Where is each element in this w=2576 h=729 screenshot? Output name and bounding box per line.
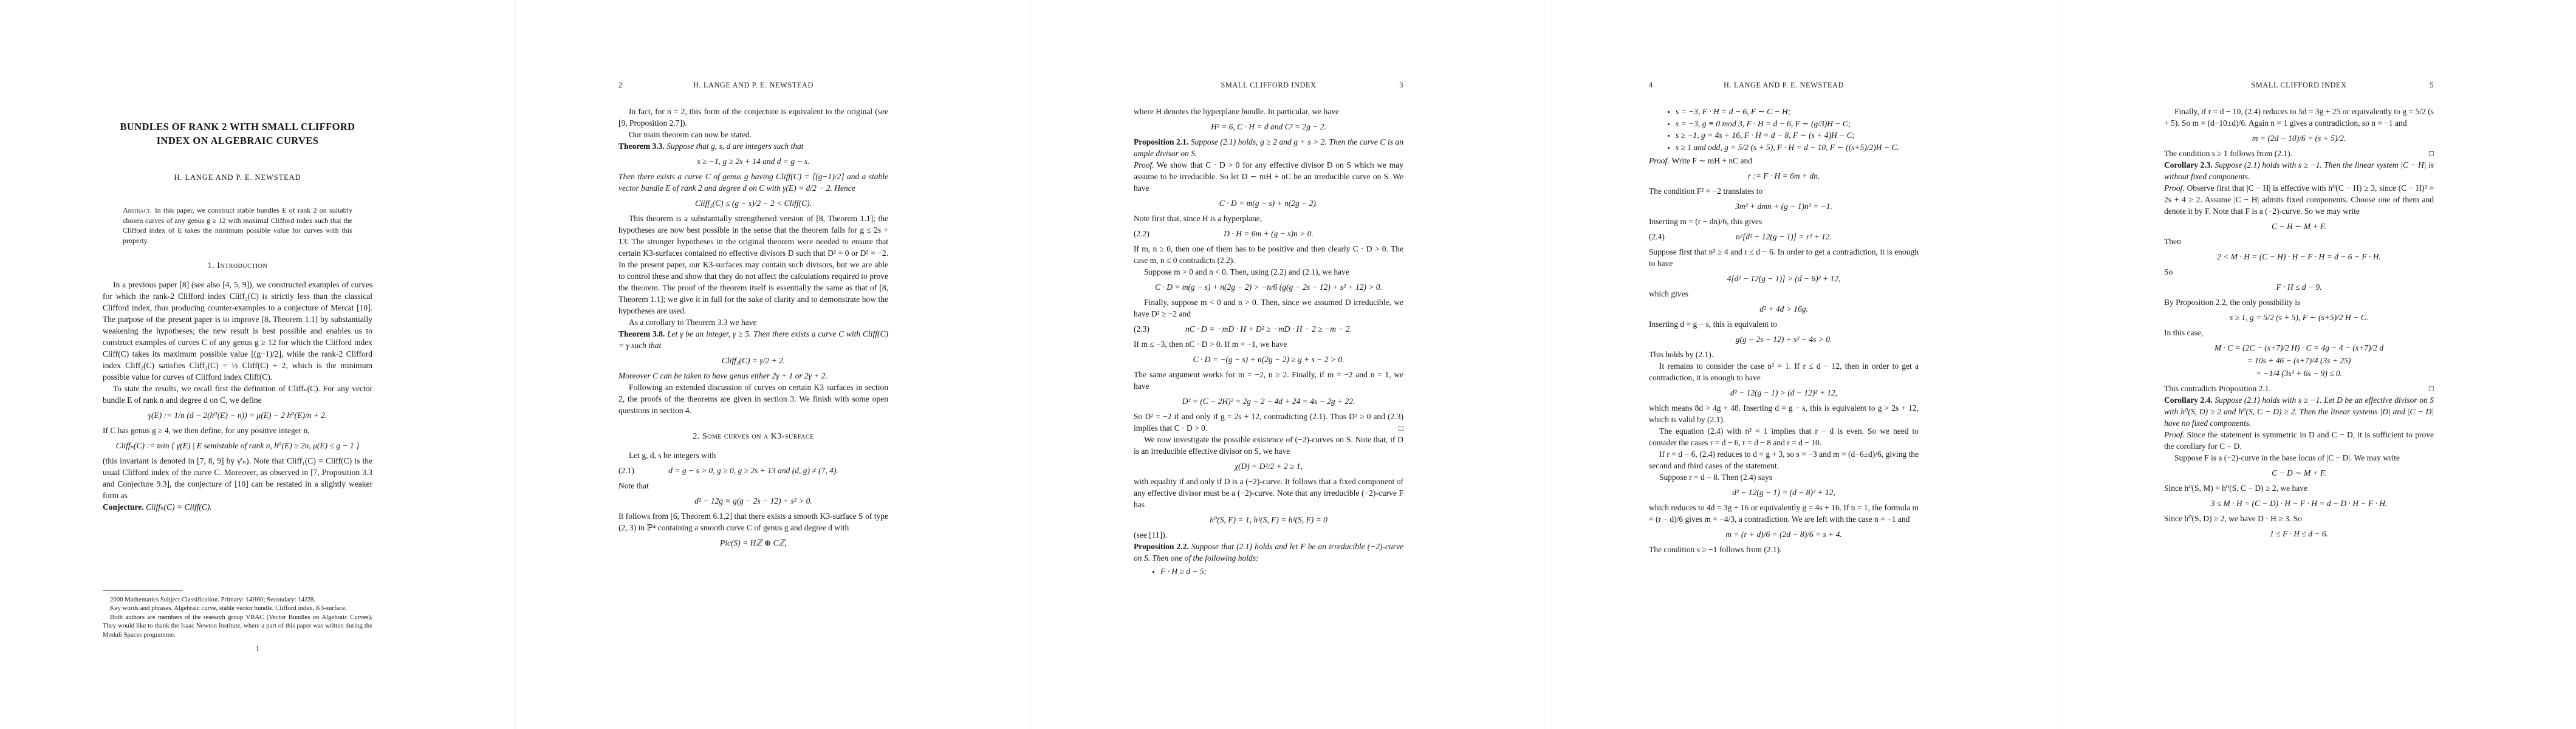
equation-text: C · D = −(g − s) + n(2g − 2) ≥ g + s − 2… — [1193, 355, 1344, 364]
equation-text: d² − 12(g − 1) > (d − 12)² + 12, — [1730, 388, 1837, 397]
equation-number: (2.1) — [618, 464, 634, 477]
paragraph-text: This holds by (2.1). — [1649, 350, 1713, 359]
display-equation: d² − 12(g − 1) = (d − 8)² + 12, — [1649, 486, 1919, 499]
theorem-label: Proposition 2.1. — [1134, 137, 1191, 146]
running-title: SMALL CLIFFORD INDEX — [1158, 81, 1379, 90]
display-equation: d² + 4d > 16g. — [1649, 303, 1919, 315]
display-equation: (2.4)n²[d² − 12(g − 1)] = r² + 12. — [1649, 230, 1919, 243]
proof-label: Proof. — [1649, 156, 1670, 165]
paragraph-text: The condition s ≥ 1 follows from (2.1). — [2164, 149, 2292, 158]
paragraph: In fact, for n = 2, this form of the con… — [618, 106, 888, 129]
display-equation: C − D ∼ M + F. — [2164, 467, 2434, 479]
proof-text: We show that C · D > 0 for any effective… — [1134, 160, 1403, 193]
equation-text: m = (2d − 10)/6 = (s + 5)/2. — [2252, 134, 2346, 143]
bullet-list: F · H ≥ d − 5; — [1160, 566, 1403, 578]
display-equation: C · D = m(g − s) + n(2g − 2). — [1134, 197, 1403, 210]
display-equation: m = (2d − 10)/6 = (s + 5)/2. — [2164, 132, 2434, 145]
paragraph-text: Note first that, since H is a hyperplane… — [1134, 214, 1262, 223]
equation-number: (2.3) — [1134, 323, 1149, 335]
bullet-item: s = −3, g ≡ 0 mod 3, F · H = d − 6, F ∼ … — [1676, 118, 1919, 130]
paragraph-text: If m, n ≥ 0, then one of them has to be … — [1134, 244, 1403, 265]
paragraph: Then there exists a curve C of genus g h… — [618, 171, 888, 194]
display-equation: d² − 12g = g(g − 2s − 12) + s² > 0. — [618, 495, 888, 507]
display-equation: C · D = m(g − s) + n(2g − 2) > −n/6 (g(g… — [1134, 281, 1403, 293]
theorem-label: Corollary 2.3. — [2164, 160, 2215, 169]
paragraph-text: In a previous paper [8] (see also [4, 5,… — [103, 280, 372, 382]
paragraph-text: The condition F² = −2 translates to — [1649, 187, 1762, 196]
equation-text: 3m² + dmn + (g − 1)n² = −1. — [1735, 202, 1832, 211]
equation-text: d² + 4d > 16g. — [1759, 304, 1808, 313]
paragraph: with equality if and only if D is a (−2)… — [1134, 476, 1403, 510]
equation-text: nC · D = −mD · H + D² ≥ −mD · H − 2 ≥ −m… — [1185, 324, 1352, 334]
paragraph: The condition s ≥ 1 follows from (2.1).□ — [2164, 148, 2434, 159]
paragraph: This contradicts Proposition 2.1.□ — [2164, 383, 2434, 394]
abstract-text: In this paper, we construct stable bundl… — [123, 206, 352, 245]
paragraph: (this invariant is denoted in [7, 8, 9] … — [103, 455, 372, 501]
equation-text: d = g − s > 0, g ≥ 0, g ≥ 2s + 13 and (d… — [668, 466, 838, 475]
display-equation: d² − 12(g − 1) > (d − 12)² + 12, — [1649, 386, 1919, 399]
paragraph-text: (see [11]). — [1134, 530, 1167, 539]
header-page-number-right: 5 — [2410, 81, 2434, 90]
proof-text: Write F ∼ mH + nC and — [1672, 156, 1752, 165]
paper-canvas: arXiv:1105.4367v2 [math.AG] 15 Aug 2011 … — [0, 0, 2576, 729]
paragraph-text: Since h⁰(S, M) = h⁰(S, C − D) ≥ 2, we ha… — [2164, 484, 2307, 493]
section-heading: 1. Introduction — [103, 261, 372, 271]
page-body: where H denotes the hyperplane bundle. I… — [1134, 106, 1403, 578]
equation-text: d² − 12g = g(g − 2s − 12) + s² > 0. — [694, 496, 812, 505]
paragraph: As a corollary to Theorem 3.3 we have — [618, 317, 888, 328]
paragraph: If m ≤ −3, then nC · D > 0. If m = −1, w… — [1134, 338, 1403, 350]
page-body: In fact, for n = 2, this form of the con… — [618, 106, 888, 549]
paragraph: This holds by (2.1). — [1649, 349, 1919, 360]
paragraph-text: It remains to consider the case n² = 1. … — [1649, 361, 1919, 382]
paragraph-text: Finally, suppose m < 0 and n > 0. Then, … — [1134, 298, 1403, 318]
running-header: SMALL CLIFFORD INDEX5 — [2164, 81, 2434, 90]
equation-text: Pic(S) = Hℤ ⊕ Cℤ, — [720, 538, 787, 547]
theorem-text: Suppose that g, s, d are integers such t… — [666, 142, 803, 151]
paragraph-text: Suppose r = d − 8. Then (2.4) says — [1659, 473, 1772, 482]
display-equation: 1 ≤ F · H ≤ d − 6. — [2164, 527, 2434, 540]
proof-block: Proof.We show that C · D > 0 for any eff… — [1134, 159, 1403, 194]
display-equation: s ≥ 1, g = 5/2 (s + 5), F ∼ (s+5)/2 H − … — [2164, 311, 2434, 324]
paper-title: BUNDLES OF RANK 2 WITH SMALL CLIFFORD IN… — [103, 120, 372, 148]
paragraph-text: This theorem is a substantially strength… — [618, 214, 888, 315]
paragraph-text: If m ≤ −3, then nC · D > 0. If m = −1, w… — [1134, 340, 1287, 349]
paragraph: If r = d − 6, (2.4) reduces to d = g + 3… — [1649, 448, 1919, 471]
equation-text: C − D ∼ M + F. — [2272, 468, 2326, 477]
paragraph: To state the results, we recall first th… — [103, 383, 372, 406]
paragraph-text: Let g, d, s be integers with — [629, 451, 716, 460]
footnote-rule — [103, 590, 183, 591]
paragraph-text: So D² = −2 if and only if g = 2s + 12, c… — [1134, 412, 1403, 433]
paragraph-text: Inserting m = (r − dn)/6, this gives — [1649, 217, 1762, 226]
paragraph-text: By Proposition 2.2, the only possibility… — [2164, 298, 2300, 307]
equation-text: 1 ≤ F · H ≤ d − 6. — [2270, 529, 2328, 538]
paragraph: Finally, suppose m < 0 and n > 0. Then, … — [1134, 296, 1403, 320]
page-5: SMALL CLIFFORD INDEX5Finally, if r = d −… — [2061, 0, 2576, 729]
equation-number: (2.4) — [1649, 230, 1665, 243]
page-body: BUNDLES OF RANK 2 WITH SMALL CLIFFORD IN… — [103, 120, 372, 513]
section-heading: 2. Some curves on a K3-surface — [618, 432, 888, 442]
paragraph-text: which means 8d > 4g + 48. Inserting d = … — [1649, 403, 1919, 424]
paragraph: Since h⁰(S, M) = h⁰(S, C − D) ≥ 2, we ha… — [2164, 482, 2434, 494]
paragraph: Since h⁰(S, D) ≥ 2, we have D · H ≥ 3. S… — [2164, 513, 2434, 524]
paragraph: Then — [2164, 236, 2434, 247]
equation-text: C · D = m(g − s) + n(2g − 2) > −n/6 (g(g… — [1155, 282, 1382, 292]
display-equation: s ≥ −1, g ≥ 2s + 14 and d = g − s. — [618, 155, 888, 168]
display-equation: (2.3)nC · D = −mD · H + D² ≥ −mD · H − 2… — [1134, 323, 1403, 335]
paragraph-text: In this case, — [2164, 328, 2203, 337]
equation-text: g(g − 2s − 12) + s² − 4s > 0. — [1736, 335, 1832, 344]
equation-text: m = (r + d)/6 = (2d − 8)/6 = s + 4. — [1725, 530, 1842, 539]
equation-text: C − H ∼ M + F. — [2272, 222, 2326, 231]
theorem-label: Proposition 2.2. — [1134, 542, 1191, 551]
display-equation: H² = 6, C · H = d and C² = 2g − 2. — [1134, 120, 1403, 133]
paragraph: Note that — [618, 480, 888, 491]
paragraph-text: where H denotes the hyperplane bundle. I… — [1134, 107, 1339, 116]
equation-text: 2 < M · H = (C − H) · H − F · H = d − 6 … — [2217, 252, 2381, 261]
theorem-label: Corollary 2.4. — [2164, 395, 2215, 405]
paragraph-text: which reduces to 4d = 3g + 16 or equival… — [1649, 503, 1919, 524]
paragraph: So — [2164, 266, 2434, 278]
paper-authors: H. LANGE AND P. E. NEWSTEAD — [103, 173, 372, 182]
theorem-block: Theorem 3.3. Suppose that g, s, d are in… — [618, 140, 888, 152]
header-page-number-left: 4 — [1649, 81, 1673, 90]
display-equation: 2 < M · H = (C − H) · H − F · H = d − 6 … — [2164, 250, 2434, 263]
footnote-line: Key words and phrases. Algebraic curve, … — [103, 604, 372, 613]
paragraph: which gives — [1649, 288, 1919, 299]
page-body: s = −3, F · H = d − 6, F ∼ C − H;s = −3,… — [1649, 106, 1919, 555]
paragraph-text: Note that — [618, 481, 649, 490]
paragraph: Suppose first that n² ≥ 4 and r ≤ d − 6.… — [1649, 246, 1919, 269]
proof-block: Proof.Since the statement is symmetric i… — [2164, 429, 2434, 452]
paragraph: This theorem is a substantially strength… — [618, 213, 888, 317]
paragraph-text: If C has genus g ≥ 4, we then define, fo… — [103, 426, 310, 435]
equation-text: C · D = m(g − s) + n(2g − 2). — [1219, 199, 1318, 208]
display-equation: C · D = −(g − s) + n(2g − 2) ≥ g + s − 2… — [1134, 353, 1403, 366]
running-title: H. LANGE AND P. E. NEWSTEAD — [643, 81, 864, 90]
equation-text: D · H = 6m + (g − s)n > 0. — [1224, 229, 1313, 238]
paragraph: where H denotes the hyperplane bundle. I… — [1134, 106, 1403, 117]
paragraph-text: It follows from [6, Theorem 6.1,2] that … — [618, 512, 888, 532]
theorem-block: Proposition 2.2. Suppose that (2.1) hold… — [1134, 541, 1403, 564]
proof-text: Observe first that |C − H| is effective … — [2164, 183, 2434, 216]
paragraph-text: which gives — [1649, 289, 1688, 298]
paragraph-text: Following an extended discussion of curv… — [618, 383, 888, 415]
abstract-label: Abstract. — [123, 206, 152, 214]
paragraph-text: Then there exists a curve C of genus g h… — [618, 172, 888, 193]
display-equation: m = (r + d)/6 = (2d − 8)/6 = s + 4. — [1649, 528, 1919, 541]
theorem-block: Corollary 2.4. Suppose (2.1) holds with … — [2164, 394, 2434, 429]
paragraph: Moreover C can be taken to have genus ei… — [618, 370, 888, 382]
bullet-list: s = −3, F · H = d − 6, F ∼ C − H;s = −3,… — [1676, 106, 1919, 153]
display-equation: r := F · H = 6m + dn. — [1649, 169, 1919, 182]
running-title: SMALL CLIFFORD INDEX — [2188, 81, 2410, 90]
bullet-item: s = −3, F · H = d − 6, F ∼ C − H; — [1676, 106, 1919, 118]
paragraph: Inserting d = g − s, this is equivalent … — [1649, 318, 1919, 330]
paragraph-text: Suppose first that n² ≥ 4 and r ≤ d − 6.… — [1649, 247, 1919, 268]
qed-symbol: □ — [1399, 422, 1403, 434]
display-equation: Cliff₂(C) = γ/2 + 2. — [618, 354, 888, 367]
display-equation: (2.2)D · H = 6m + (g − s)n > 0. — [1134, 227, 1403, 240]
page-3: SMALL CLIFFORD INDEX3where H denotes the… — [1030, 0, 1546, 729]
paragraph-text: with equality if and only if D is a (−2)… — [1134, 477, 1403, 509]
paragraph: We now investigate the possible existenc… — [1134, 434, 1403, 457]
proof-block: Proof.Observe first that |C − H| is effe… — [2164, 182, 2434, 217]
paragraph-text: The same argument works for m = −2, n ≥ … — [1134, 370, 1403, 391]
running-title: H. LANGE AND P. E. NEWSTEAD — [1673, 81, 1894, 90]
paragraph: Our main theorem can now be stated. — [618, 129, 888, 140]
running-header: SMALL CLIFFORD INDEX3 — [1134, 81, 1403, 90]
display-equation: (2.1)d = g − s > 0, g ≥ 0, g ≥ 2s + 13 a… — [618, 464, 888, 477]
display-equation: F · H ≤ d − 9. — [2164, 281, 2434, 293]
display-equation: g(g − 2s − 12) + s² − 4s > 0. — [1649, 333, 1919, 346]
page-body: Finally, if r = d − 10, (2.4) reduces to… — [2164, 106, 2434, 540]
paragraph-text: The condition s ≥ −1 follows from (2.1). — [1649, 545, 1782, 554]
display-equation: D² = (C − 2H)² = 2g − 2 − 4d + 24 = 4s −… — [1134, 395, 1403, 408]
proof-label: Proof. — [2164, 183, 2185, 193]
display-equation: 4[d² − 12(g − 1)] > (d − 6)² + 12, — [1649, 272, 1919, 285]
proof-text: Since the statement is symmetric in D an… — [2164, 430, 2434, 451]
paragraph: So D² = −2 if and only if g = 2s + 12, c… — [1134, 411, 1403, 434]
paragraph: which reduces to 4d = 3g + 16 or equival… — [1649, 502, 1919, 525]
paragraph: The equation (2.4) with n² = 1 implies t… — [1649, 425, 1919, 448]
equation-text: s ≥ −1, g ≥ 2s + 14 and d = g − s. — [697, 157, 809, 166]
paragraph: In a previous paper [8] (see also [4, 5,… — [103, 279, 372, 383]
paragraph: Note first that, since H is a hyperplane… — [1134, 213, 1403, 224]
theorem-block: Corollary 2.3. Suppose (2.1) holds with … — [2164, 159, 2434, 182]
paragraph-text: (this invariant is denoted in [7, 8, 9] … — [103, 456, 372, 500]
equation-text: n²[d² − 12(g − 1)] = r² + 12. — [1736, 232, 1832, 241]
theorem-label: Conjecture. — [103, 502, 146, 512]
equation-text: Cliff₂(C) = γ/2 + 2. — [722, 356, 785, 365]
paragraph-text: To state the results, we recall first th… — [103, 384, 372, 405]
bullet-item: s ≥ 1 and odd, g = 5/2 (s + 5), F · H = … — [1676, 142, 1919, 154]
equation-text: F · H ≤ d − 9. — [2276, 282, 2321, 292]
paragraph-text: We now investigate the possible existenc… — [1134, 435, 1403, 456]
paragraph-text: If r = d − 6, (2.4) reduces to d = g + 3… — [1649, 450, 1919, 470]
theorem-label: Theorem 3.8. — [618, 329, 667, 338]
running-header: 4H. LANGE AND P. E. NEWSTEAD — [1649, 81, 1919, 90]
theorem-block: Proposition 2.1. Suppose (2.1) holds, g … — [1134, 136, 1403, 159]
equation-text: D² = (C − 2H)² = 2g − 2 − 4d + 24 = 4s −… — [1182, 397, 1355, 406]
theorem-text: Cliffₙ(C) = Cliff(C). — [146, 502, 212, 512]
theorem-block: Conjecture. Cliffₙ(C) = Cliff(C). — [103, 501, 372, 513]
theorem-label: Theorem 3.3. — [618, 142, 666, 151]
header-page-number-right: 3 — [1379, 81, 1403, 90]
page-number: 1 — [0, 645, 515, 654]
display-equation: Pic(S) = Hℤ ⊕ Cℤ, — [618, 536, 888, 549]
bullet-item: s ≥ −1, g = 4s + 16, F · H = d − 8, F ∼ … — [1676, 129, 1919, 142]
display-equation: 3 ≤ M · H = (C − D) · H − F · H = d − D … — [2164, 497, 2434, 510]
theorem-block: Theorem 3.8. Let γ be an integer, γ ≥ 5.… — [618, 328, 888, 351]
paragraph: The condition s ≥ −1 follows from (2.1). — [1649, 544, 1919, 555]
paragraph-text: So — [2164, 267, 2173, 276]
equation-text: H² = 6, C · H = d and C² = 2g − 2. — [1211, 122, 1326, 131]
paragraph: By Proposition 2.2, the only possibility… — [2164, 296, 2434, 308]
paragraph: Inserting m = (r − dn)/6, this gives — [1649, 216, 1919, 227]
qed-symbol: □ — [2429, 383, 2434, 394]
equation-text: M · C = (2C − (s+7)/2 H) · C = 4g − 4 − … — [2215, 343, 2383, 378]
equation-number: (2.2) — [1134, 227, 1149, 240]
paragraph-text: The equation (2.4) with n² = 1 implies t… — [1649, 426, 1919, 447]
qed-symbol: □ — [2429, 148, 2434, 159]
paragraph: In this case, — [2164, 327, 2434, 338]
paragraph: If C has genus g ≥ 4, we then define, fo… — [103, 425, 372, 436]
equation-text: h⁰(S, F) = 1, h¹(S, F) = h²(S, F) = 0 — [1210, 515, 1327, 524]
paragraph: Suppose m > 0 and n < 0. Then, using (2.… — [1134, 266, 1403, 278]
display-equation: 3m² + dmn + (g − 1)n² = −1. — [1649, 200, 1919, 213]
paragraph-text: Moreover C can be taken to have genus ei… — [618, 371, 827, 380]
page-2: 2H. LANGE AND P. E. NEWSTEADIn fact, for… — [515, 0, 1030, 729]
paragraph: (see [11]). — [1134, 529, 1403, 541]
paragraph: Let g, d, s be integers with — [618, 450, 888, 461]
bullet-item: F · H ≥ d − 5; — [1160, 566, 1403, 578]
equation-text: Cliffₙ(C) := min { γ(E) | E semistable o… — [116, 441, 360, 450]
paragraph-text: Suppose F is a (−2)-curve in the base lo… — [2174, 453, 2400, 462]
equation-text: d² − 12(g − 1) = (d − 8)² + 12, — [1732, 488, 1835, 497]
paragraph: Following an extended discussion of curv… — [618, 382, 888, 416]
paragraph-text: Suppose m > 0 and n < 0. Then, using (2.… — [1144, 267, 1349, 276]
equation-text: r := F · H = 6m + dn. — [1748, 171, 1820, 180]
proof-label: Proof. — [2164, 430, 2185, 439]
paragraph-text: Inserting d = g − s, this is equivalent … — [1649, 320, 1777, 329]
paragraph-text: Then — [2164, 237, 2181, 246]
paragraph: The condition F² = −2 translates to — [1649, 185, 1919, 197]
page-1: BUNDLES OF RANK 2 WITH SMALL CLIFFORD IN… — [0, 0, 515, 729]
paragraph-text: This contradicts Proposition 2.1. — [2164, 384, 2271, 393]
paragraph-text: In fact, for n = 2, this form of the con… — [618, 107, 888, 128]
equation-text: s ≥ 1, g = 5/2 (s + 5), F ∼ (s+5)/2 H − … — [2230, 313, 2368, 322]
proof-block: Proof.Write F ∼ mH + nC and — [1649, 155, 1919, 166]
display-equation: Cliff₂(C) ≤ (g − s)/2 − 2 < Cliff(C). — [618, 197, 888, 210]
paragraph: which means 8d > 4g + 48. Inserting d = … — [1649, 402, 1919, 425]
paragraph: If m, n ≥ 0, then one of them has to be … — [1134, 243, 1403, 266]
paragraph-text: As a corollary to Theorem 3.3 we have — [629, 318, 756, 327]
header-page-number-left: 2 — [618, 81, 643, 90]
paragraph-text: Since h⁰(S, D) ≥ 2, we have D · H ≥ 3. S… — [2164, 514, 2302, 523]
equation-text: 4[d² − 12(g − 1)] > (d − 6)² + 12, — [1727, 274, 1841, 283]
display-equation: h⁰(S, F) = 1, h¹(S, F) = h²(S, F) = 0 — [1134, 513, 1403, 526]
paragraph: The same argument works for m = −2, n ≥ … — [1134, 369, 1403, 392]
paragraph: It follows from [6, Theorem 6.1,2] that … — [618, 510, 888, 533]
display-equation: γ(E) := 1/n (d − 2(h⁰(E) − n)) = μ(E) − … — [103, 409, 372, 422]
footnotes: 2000 Mathematics Subject Classification.… — [103, 590, 372, 640]
paragraph: Finally, if r = d − 10, (2.4) reduces to… — [2164, 106, 2434, 129]
display-equation: C − H ∼ M + F. — [2164, 220, 2434, 233]
footnote-line: Both authors are members of the research… — [103, 613, 372, 640]
footnote-line: 2000 Mathematics Subject Classification.… — [103, 595, 372, 604]
paragraph: Suppose F is a (−2)-curve in the base lo… — [2164, 452, 2434, 464]
equation-text: γ(E) := 1/n (d − 2(h⁰(E) − n)) = μ(E) − … — [148, 411, 327, 420]
abstract: Abstract.In this paper, we construct sta… — [123, 205, 352, 245]
paragraph-text: Our main theorem can now be stated. — [629, 130, 752, 139]
proof-label: Proof. — [1134, 160, 1154, 169]
equation-text: Cliff₂(C) ≤ (g − s)/2 − 2 < Cliff(C). — [695, 199, 812, 208]
equation-text: χ(D) = D²/2 + 2 ≥ 1, — [1235, 462, 1303, 471]
pages-row: BUNDLES OF RANK 2 WITH SMALL CLIFFORD IN… — [0, 0, 2576, 729]
display-equation: M · C = (2C − (s+7)/2 H) · C = 4g − 4 − … — [2164, 341, 2434, 380]
paragraph: Suppose r = d − 8. Then (2.4) says — [1649, 471, 1919, 483]
page-4: 4H. LANGE AND P. E. NEWSTEADs = −3, F · … — [1546, 0, 2061, 729]
display-equation: Cliffₙ(C) := min { γ(E) | E semistable o… — [103, 439, 372, 452]
paragraph-text: Finally, if r = d − 10, (2.4) reduces to… — [2164, 107, 2434, 128]
display-equation: χ(D) = D²/2 + 2 ≥ 1, — [1134, 460, 1403, 473]
running-header: 2H. LANGE AND P. E. NEWSTEAD — [618, 81, 888, 90]
equation-text: 3 ≤ M · H = (C − D) · H − F · H = d − D … — [2211, 499, 2388, 508]
paragraph: It remains to consider the case n² = 1. … — [1649, 360, 1919, 383]
